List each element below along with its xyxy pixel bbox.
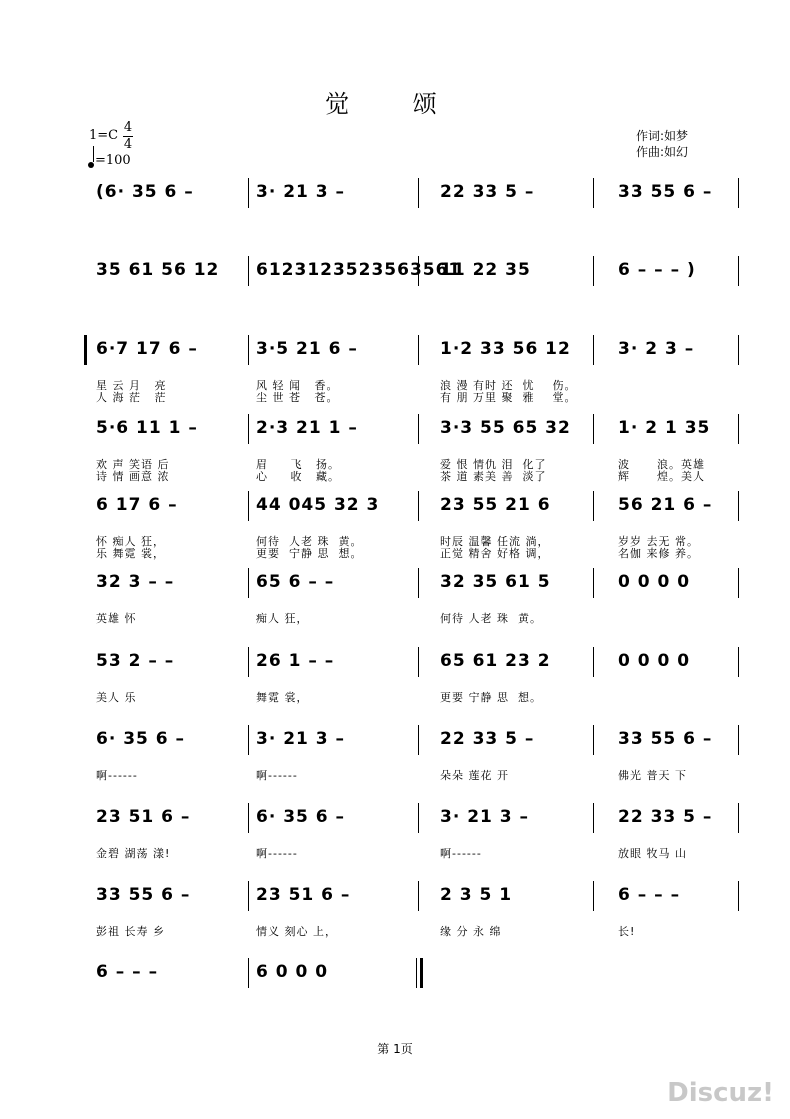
barline bbox=[418, 335, 419, 365]
barline bbox=[248, 803, 249, 833]
lyric-line: 心 收 藏。 bbox=[256, 468, 340, 484]
score-row: 32 3 – –65 6 – –32 35 61 50 0 0 0英雄 怀痴人 … bbox=[88, 572, 738, 602]
watermark: Discuz! bbox=[667, 1078, 774, 1108]
lyric-line: 缘 分 永 绵 bbox=[440, 923, 502, 939]
lyric-line: 啊------ bbox=[256, 767, 298, 783]
measure: 2·3 21 1 – bbox=[256, 418, 358, 438]
lyric-line: 啊------ bbox=[96, 767, 138, 783]
song-title: 觉 颂 bbox=[0, 84, 790, 119]
barline bbox=[738, 881, 739, 911]
measure: 3·3 55 65 32 bbox=[440, 418, 571, 438]
lyric-line: 名伽 来修 养。 bbox=[618, 545, 699, 561]
barline bbox=[418, 803, 419, 833]
lyric-line: 更要 宁静 思 想。 bbox=[256, 545, 362, 561]
barline bbox=[593, 491, 594, 521]
barline bbox=[593, 647, 594, 677]
barline bbox=[416, 958, 417, 988]
barline bbox=[418, 725, 419, 755]
barline bbox=[738, 178, 739, 208]
quarter-note-icon bbox=[88, 162, 94, 168]
measure: 65 61 23 2 bbox=[440, 651, 551, 671]
barline bbox=[248, 881, 249, 911]
page-number: 第 1页 bbox=[0, 1040, 790, 1057]
measure: 56 21 6 – bbox=[618, 495, 712, 515]
barline bbox=[593, 725, 594, 755]
score-row: 23 51 6 –6· 35 6 –3· 21 3 –22 33 5 –金碧 湖… bbox=[88, 807, 738, 837]
barline bbox=[593, 803, 594, 833]
measure: 23 51 6 – bbox=[256, 885, 350, 905]
measure: 26 1 – – bbox=[256, 651, 334, 671]
barline bbox=[248, 335, 249, 365]
measure: 3· 21 3 – bbox=[256, 182, 345, 202]
measure: 11 22 35 bbox=[440, 260, 531, 280]
measure: 3· 21 3 – bbox=[256, 729, 345, 749]
tempo-marking: =100 bbox=[88, 148, 131, 168]
measure: 6 – – – bbox=[96, 962, 158, 982]
measure: 6123123523563561 bbox=[256, 260, 461, 280]
lyric-line: 辉 煌。美人 bbox=[618, 468, 705, 484]
barline bbox=[738, 725, 739, 755]
measure: 33 55 6 – bbox=[96, 885, 190, 905]
measure: 44 045 32 3 bbox=[256, 495, 379, 515]
barline bbox=[418, 647, 419, 677]
repeat-start-barline bbox=[84, 335, 87, 365]
measure: 0 0 0 0 bbox=[618, 651, 690, 671]
barline bbox=[593, 256, 594, 286]
lyric-line: 茶 道 素美 善 淡了 bbox=[440, 468, 546, 484]
measure: 3·5 21 6 – bbox=[256, 339, 358, 359]
lyricist: 作词:如梦 bbox=[636, 128, 688, 144]
final-barline bbox=[420, 958, 423, 988]
measure: 6 17 6 – bbox=[96, 495, 178, 515]
score-row: 33 55 6 –23 51 6 –2 3 5 16 – – –彭祖 长寿 乡情… bbox=[88, 885, 738, 915]
measure: 53 2 – – bbox=[96, 651, 174, 671]
lyric-line: 乐 舞霓 裳， bbox=[96, 545, 165, 561]
measure: 6 – – – bbox=[618, 885, 680, 905]
lyric-line: 朵朵 莲花 开 bbox=[440, 767, 509, 783]
barline bbox=[593, 335, 594, 365]
measure: 33 55 6 – bbox=[618, 729, 712, 749]
lyric-line: 金碧 湖荡 漾! bbox=[96, 845, 170, 861]
measure: 33 55 6 – bbox=[618, 182, 712, 202]
barline bbox=[248, 178, 249, 208]
score-row: 53 2 – –26 1 – –65 61 23 20 0 0 0美人 乐舞霓 … bbox=[88, 651, 738, 681]
lyric-line: 何待 人老 珠 黄。 bbox=[440, 610, 542, 626]
barline bbox=[593, 178, 594, 208]
barline bbox=[248, 568, 249, 598]
lyric-line: 尘 世 苍 苍。 bbox=[256, 389, 338, 405]
barline bbox=[418, 491, 419, 521]
lyric-line: 啊------ bbox=[256, 845, 298, 861]
measure: 0 0 0 0 bbox=[618, 572, 690, 592]
measure: 5·6 11 1 – bbox=[96, 418, 198, 438]
barline bbox=[418, 568, 419, 598]
measure: 22 33 5 – bbox=[440, 182, 534, 202]
score-row: (6· 35 6 –3· 21 3 –22 33 5 –33 55 6 – bbox=[88, 182, 738, 212]
key-signature: 1=C bbox=[89, 128, 118, 143]
measure: 22 33 5 – bbox=[618, 807, 712, 827]
measure: 23 55 21 6 bbox=[440, 495, 551, 515]
barline bbox=[738, 256, 739, 286]
lyric-line: 啊------ bbox=[440, 845, 482, 861]
measure: 6· 35 6 – bbox=[256, 807, 345, 827]
barline bbox=[593, 881, 594, 911]
barline bbox=[418, 256, 419, 286]
lyric-line: 美人 乐 bbox=[96, 689, 137, 705]
credits: 作词:如梦 作曲:如幻 bbox=[636, 128, 688, 160]
lyric-line: 情义 刻心 上， bbox=[256, 923, 337, 939]
barline bbox=[738, 647, 739, 677]
measure: 23 51 6 – bbox=[96, 807, 190, 827]
measure: 3· 2 3 – bbox=[618, 339, 694, 359]
barline bbox=[738, 491, 739, 521]
measure: 2 3 5 1 bbox=[440, 885, 512, 905]
barline bbox=[248, 647, 249, 677]
composer: 作曲:如幻 bbox=[636, 144, 688, 160]
barline bbox=[248, 491, 249, 521]
lyric-line: 放眼 牧马 山 bbox=[618, 845, 687, 861]
lyric-line: 英雄 怀 bbox=[96, 610, 137, 626]
measure: 65 6 – – bbox=[256, 572, 334, 592]
lyric-line: 有 朋 万里 聚 雅 堂。 bbox=[440, 389, 576, 405]
barline bbox=[738, 414, 739, 444]
measure: 6 0 0 0 bbox=[256, 962, 328, 982]
barline bbox=[248, 725, 249, 755]
measure: (6· 35 6 – bbox=[96, 182, 194, 202]
lyric-line: 彭祖 长寿 乡 bbox=[96, 923, 165, 939]
lyric-line: 长! bbox=[618, 923, 635, 939]
lyric-line: 舞霓 裳， bbox=[256, 689, 309, 705]
lyric-line: 正觉 精舍 好格 调， bbox=[440, 545, 550, 561]
lyric-line: 佛光 普天 下 bbox=[618, 767, 687, 783]
barline bbox=[593, 414, 594, 444]
measure: 6· 35 6 – bbox=[96, 729, 185, 749]
lyric-line: 更要 宁静 思 想。 bbox=[440, 689, 542, 705]
barline bbox=[738, 335, 739, 365]
measure: 6 – – – ) bbox=[618, 260, 696, 280]
lyric-line: 人 海 茫 茫 bbox=[96, 389, 166, 405]
score-row: 6 17 6 –44 045 32 323 55 21 656 21 6 –怀 … bbox=[88, 495, 738, 525]
lyric-line: 诗 情 画意 浓 bbox=[96, 468, 170, 484]
measure: 32 3 – – bbox=[96, 572, 174, 592]
score-row: 6 – – –6 0 0 0 bbox=[88, 962, 738, 992]
barline bbox=[248, 958, 249, 988]
measure: 35 61 56 12 bbox=[96, 260, 219, 280]
score-row: 6·7 17 6 –3·5 21 6 –1·2 33 56 123· 2 3 –… bbox=[88, 339, 738, 369]
score-row: 6· 35 6 –3· 21 3 –22 33 5 –33 55 6 –啊---… bbox=[88, 729, 738, 759]
measure: 1· 2 1 35 bbox=[618, 418, 710, 438]
score-row: 35 61 56 12612312352356356111 22 356 – –… bbox=[88, 260, 738, 290]
barline bbox=[418, 881, 419, 911]
barline bbox=[593, 568, 594, 598]
barline bbox=[418, 178, 419, 208]
measure: 6·7 17 6 – bbox=[96, 339, 198, 359]
barline bbox=[248, 414, 249, 444]
measure: 1·2 33 56 12 bbox=[440, 339, 571, 359]
lyric-line: 痴人 狂， bbox=[256, 610, 309, 626]
measure: 22 33 5 – bbox=[440, 729, 534, 749]
barline bbox=[418, 414, 419, 444]
barline bbox=[248, 256, 249, 286]
measure: 3· 21 3 – bbox=[440, 807, 529, 827]
barline bbox=[738, 803, 739, 833]
measure: 32 35 61 5 bbox=[440, 572, 551, 592]
barline bbox=[738, 568, 739, 598]
score-row: 5·6 11 1 –2·3 21 1 –3·3 55 65 321· 2 1 3… bbox=[88, 418, 738, 448]
